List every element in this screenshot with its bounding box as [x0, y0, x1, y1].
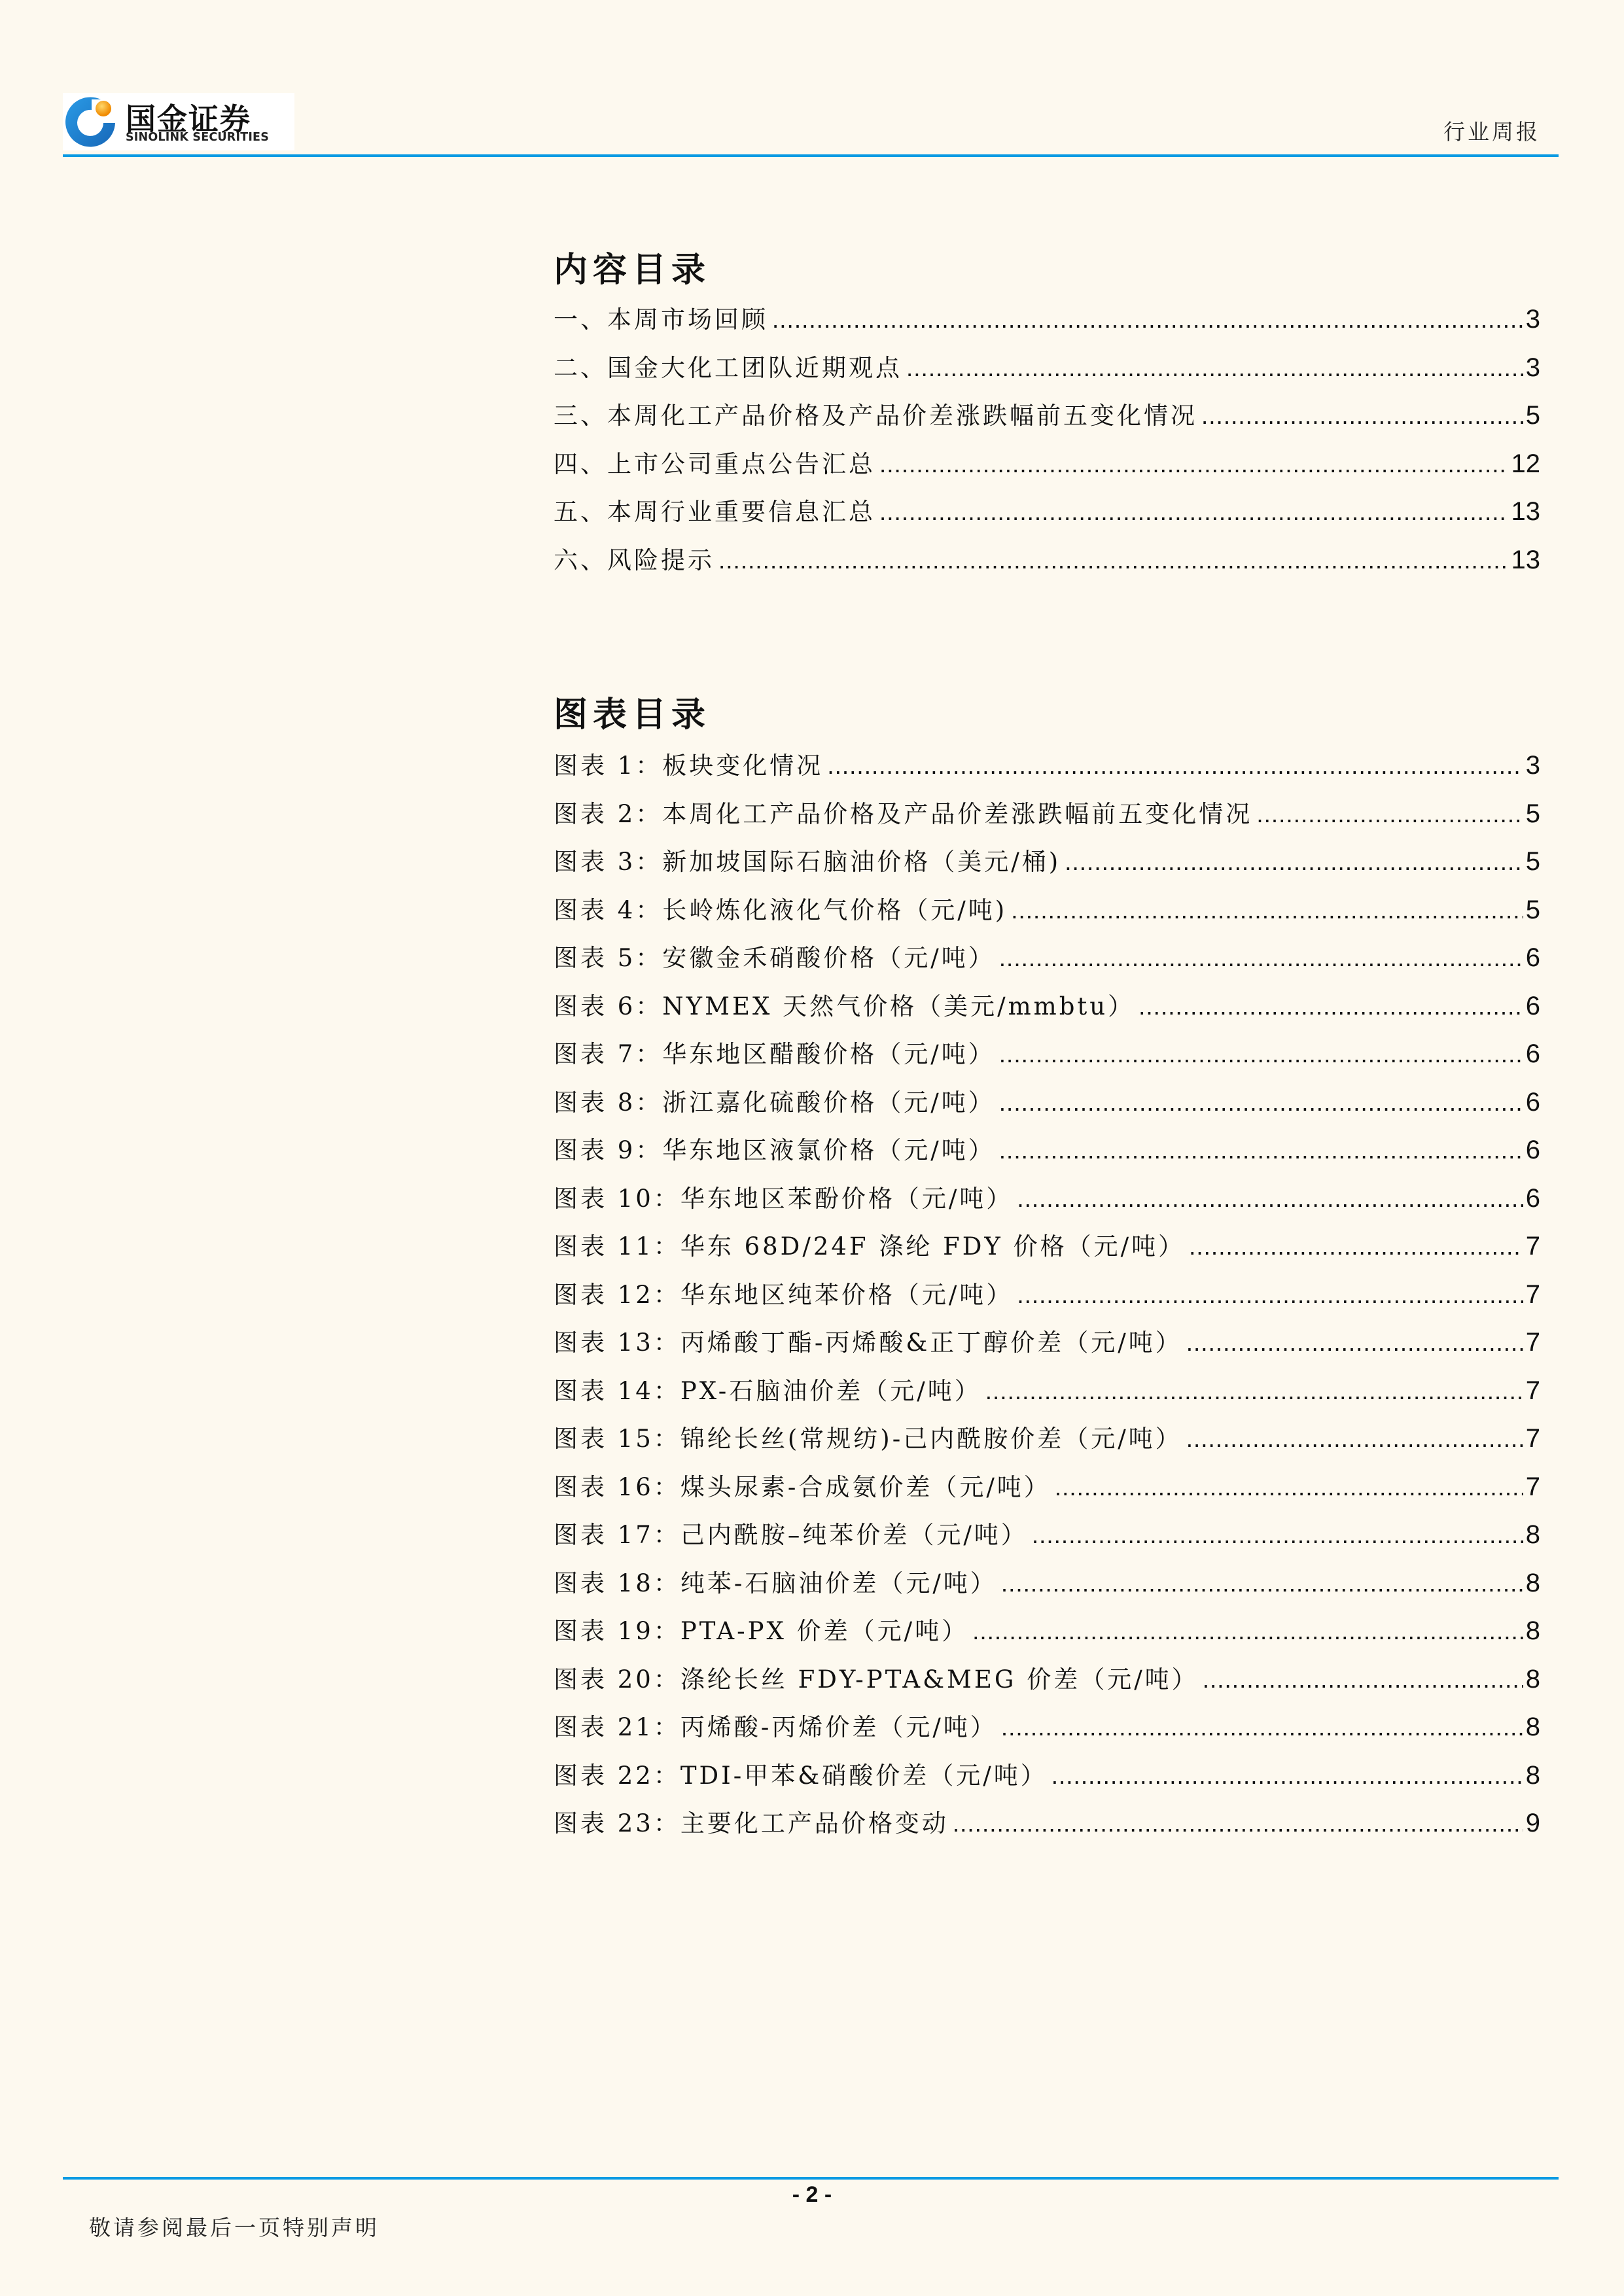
page-number: 6: [1526, 1126, 1540, 1175]
figure-entry[interactable]: 图表 7：华东地区醋酸价格（元/吨）6: [554, 1030, 1540, 1079]
figures-toc: 图表目录 图表 1：板块变化情况3 图表 2：本周化工产品价格及产品价差涨跌幅前…: [554, 692, 1540, 1848]
dot-leader: [999, 1079, 1523, 1127]
page-number: 6: [1526, 1079, 1540, 1127]
page-number: 13: [1511, 536, 1541, 585]
page-number: 6: [1526, 1175, 1540, 1223]
figure-entry[interactable]: 图表 23：主要化工产品价格变动9: [554, 1800, 1540, 1848]
contents-title: 内容目录: [554, 247, 1540, 293]
page-number: 5: [1526, 790, 1540, 839]
toc-entry[interactable]: 五、本周行业重要信息汇总13: [554, 488, 1540, 536]
page-number: 7: [1526, 1319, 1540, 1367]
page-number: 7: [1526, 1367, 1540, 1416]
figure-entry[interactable]: 图表 9：华东地区液氯价格（元/吨）6: [554, 1126, 1540, 1175]
dot-leader: [999, 1030, 1523, 1079]
figure-entry[interactable]: 图表 13：丙烯酸丁酯-丙烯酸&正丁醇价差（元/吨）7: [554, 1319, 1540, 1367]
page-number: 7: [1526, 1271, 1540, 1319]
dot-leader: [1139, 983, 1523, 1031]
dot-leader: [1011, 886, 1523, 935]
dot-leader: [1017, 1175, 1523, 1223]
figure-entry[interactable]: 图表 19：PTA-PX 价差（元/吨）8: [554, 1607, 1540, 1656]
page-number: 5: [1526, 392, 1540, 440]
contents-toc: 内容目录 一、本周市场回顾3 二、国金大化工团队近期观点3 三、本周化工产品价格…: [554, 247, 1540, 584]
page-number: 3: [1526, 344, 1540, 392]
dot-leader: [1189, 1223, 1523, 1271]
dot-leader: [1032, 1511, 1523, 1559]
toc-entry[interactable]: 一、本周市场回顾3: [554, 296, 1540, 344]
dot-leader: [1201, 392, 1523, 440]
company-logo: 国金证券 SINOLINK SECURITIES: [63, 93, 294, 150]
figure-entry[interactable]: 图表 17：己内酰胺–纯苯价差（元/吨）8: [554, 1511, 1540, 1559]
figures-title: 图表目录: [554, 692, 1540, 738]
dot-leader: [972, 1607, 1523, 1656]
page-number: 8: [1526, 1752, 1540, 1800]
sinolink-logo-icon: [63, 94, 118, 149]
figure-entry[interactable]: 图表 12：华东地区纯苯价格（元/吨）7: [554, 1271, 1540, 1319]
figure-entry[interactable]: 图表 1：板块变化情况3: [554, 742, 1540, 790]
figure-entry[interactable]: 图表 20：涤纶长丝 FDY-PTA&MEG 价差（元/吨）8: [554, 1656, 1540, 1704]
dot-leader: [718, 536, 1509, 585]
figure-entry[interactable]: 图表 4：长岭炼化液化气价格（元/吨)5: [554, 886, 1540, 935]
page-number: 3: [1526, 296, 1540, 344]
dot-leader: [1065, 838, 1523, 886]
figure-entry[interactable]: 图表 5：安徽金禾硝酸价格（元/吨）6: [554, 934, 1540, 983]
page-number: 8: [1526, 1559, 1540, 1608]
figure-entry[interactable]: 图表 10：华东地区苯酚价格（元/吨）6: [554, 1175, 1540, 1223]
page-number: 12: [1511, 440, 1541, 489]
dot-leader: [999, 1126, 1523, 1175]
dot-leader: [879, 488, 1509, 536]
logo-text-english: SINOLINK SECURITIES: [126, 131, 269, 144]
figure-entry[interactable]: 图表 21：丙烯酸-丙烯价差（元/吨）8: [554, 1703, 1540, 1752]
toc-entry[interactable]: 二、国金大化工团队近期观点3: [554, 344, 1540, 392]
dot-leader: [1256, 790, 1523, 839]
dot-leader: [953, 1800, 1523, 1848]
page-number: 13: [1511, 488, 1541, 536]
page-number: 8: [1526, 1607, 1540, 1656]
dot-leader: [1186, 1319, 1523, 1367]
dot-leader: [1055, 1463, 1523, 1512]
dot-leader: [1203, 1656, 1523, 1704]
header-divider: [63, 154, 1559, 157]
page-number: 5: [1526, 886, 1540, 935]
figure-entry[interactable]: 图表 3：新加坡国际石脑油价格（美元/桶)5: [554, 838, 1540, 886]
dot-leader: [1001, 1703, 1523, 1752]
figure-entry[interactable]: 图表 6：NYMEX 天然气价格（美元/mmbtu）6: [554, 983, 1540, 1031]
dot-leader: [1186, 1415, 1523, 1463]
report-type-label: 行业周报: [1443, 115, 1540, 146]
dot-leader: [879, 440, 1509, 489]
figure-entry[interactable]: 图表 8：浙江嘉化硫酸价格（元/吨）6: [554, 1079, 1540, 1127]
dot-leader: [1017, 1271, 1523, 1319]
figure-entry[interactable]: 图表 22：TDI-甲苯&硝酸价差（元/吨）8: [554, 1752, 1540, 1800]
figure-entry[interactable]: 图表 16：煤头尿素-合成氨价差（元/吨）7: [554, 1463, 1540, 1512]
page-number: 8: [1526, 1656, 1540, 1704]
page-number: 3: [1526, 742, 1540, 790]
dot-leader: [999, 934, 1523, 983]
toc-entry[interactable]: 六、风险提示13: [554, 536, 1540, 585]
page-number: 7: [1526, 1463, 1540, 1512]
page-number: 8: [1526, 1511, 1540, 1559]
page-number: 9: [1526, 1800, 1540, 1848]
disclaimer-note: 敬请参阅最后一页特别声明: [89, 2211, 380, 2242]
page-number: 6: [1526, 983, 1540, 1031]
page-number-footer: - 2 -: [0, 2182, 1624, 2208]
figure-entry[interactable]: 图表 18：纯苯-石脑油价差（元/吨）8: [554, 1559, 1540, 1608]
page-number: 7: [1526, 1223, 1540, 1271]
dot-leader: [985, 1367, 1523, 1416]
figure-entry[interactable]: 图表 2：本周化工产品价格及产品价差涨跌幅前五变化情况5: [554, 790, 1540, 839]
dot-leader: [1051, 1752, 1523, 1800]
page-number: 6: [1526, 934, 1540, 983]
figure-entry[interactable]: 图表 11：华东 68D/24F 涤纶 FDY 价格（元/吨）7: [554, 1223, 1540, 1271]
dot-leader: [772, 296, 1523, 344]
toc-entry[interactable]: 四、上市公司重点公告汇总12: [554, 440, 1540, 489]
page-number: 7: [1526, 1415, 1540, 1463]
page-number: 6: [1526, 1030, 1540, 1079]
dot-leader: [906, 344, 1523, 392]
page-number: 5: [1526, 838, 1540, 886]
figure-entry[interactable]: 图表 14：PX-石脑油价差（元/吨）7: [554, 1367, 1540, 1416]
dot-leader: [827, 742, 1523, 790]
page-number: 8: [1526, 1703, 1540, 1752]
toc-entry[interactable]: 三、本周化工产品价格及产品价差涨跌幅前五变化情况5: [554, 392, 1540, 440]
footer-divider: [63, 2177, 1559, 2180]
figure-entry[interactable]: 图表 15：锦纶长丝(常规纺)-己内酰胺价差（元/吨）7: [554, 1415, 1540, 1463]
dot-leader: [1001, 1559, 1523, 1608]
